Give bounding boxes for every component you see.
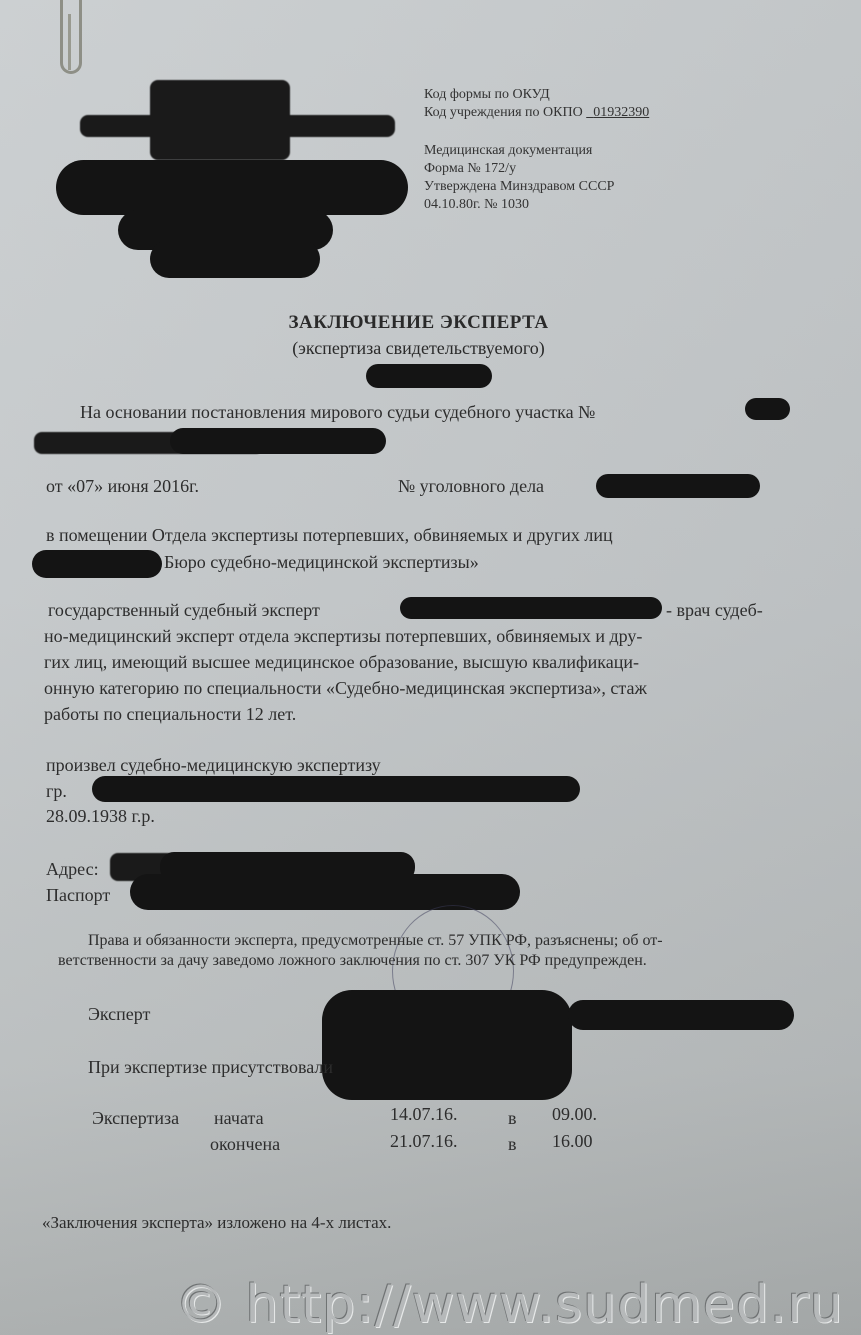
expert-desc-line-5: работы по специальности 12 лет. xyxy=(44,704,296,725)
redaction-expert-signature xyxy=(322,990,572,1100)
redaction-number xyxy=(366,364,492,388)
redaction-expert-name xyxy=(400,597,662,619)
redaction-citizen-name xyxy=(92,776,580,802)
expert-desc-line-2: но-медицинский эксперт отдела экспертизы… xyxy=(44,626,642,647)
rights-line-1: Права и обязанности эксперта, предусмотр… xyxy=(88,932,663,950)
okud-label: Код формы по ОКУД xyxy=(424,86,649,104)
okpo-label: Код учреждения по ОКПО xyxy=(424,105,583,120)
schedule-start-date: 14.07.16. xyxy=(390,1104,458,1125)
schedule-label: Экспертиза xyxy=(92,1108,179,1129)
redaction-institution-3 xyxy=(56,160,408,215)
location-line-2: Бюро судебно-медицинской экспертизы» xyxy=(164,552,479,573)
redaction-case-number xyxy=(596,474,760,498)
birth-date: 28.09.1938 г.р. xyxy=(46,806,155,827)
schedule-start-state: начата xyxy=(214,1108,264,1129)
schedule-start-at: в xyxy=(508,1108,517,1129)
address-label: Адрес: xyxy=(46,859,99,880)
basis-text: На основании постановления мирового судь… xyxy=(80,402,595,423)
case-label: № уголовного дела xyxy=(398,476,544,497)
sheets-note: «Заключения эксперта» изложено на 4-х ли… xyxy=(42,1213,391,1233)
rights-line-2: ветственности за дачу заведомо ложного з… xyxy=(58,952,647,970)
expert-desc-line-3: гих лиц, имеющий высшее медицинское обра… xyxy=(44,652,639,673)
redaction-institution-5 xyxy=(150,240,320,278)
document-page: Код формы по ОКУД Код учреждения по ОКПО… xyxy=(0,0,861,1335)
redaction-location xyxy=(32,550,162,578)
schedule-end-time: 16.00 xyxy=(552,1131,593,1152)
passport-label: Паспорт xyxy=(46,885,110,906)
okpo-value: 01932390 xyxy=(586,105,649,120)
location-line-1: в помещении Отдела экспертизы потерпевши… xyxy=(46,525,613,546)
redaction-court-number xyxy=(745,398,790,420)
watermark-text: © http://www.sudmed.ru xyxy=(175,1275,844,1335)
expert-desc-line-4: онную категорию по специальности «Судебн… xyxy=(44,678,647,699)
citizen-label: гр. xyxy=(46,781,67,802)
expert-desc-suffix: - врач судеб- xyxy=(666,600,763,621)
expert-desc-prefix: государственный судебный эксперт xyxy=(48,600,320,621)
redaction-court-name-2 xyxy=(170,428,386,454)
form-number: Форма № 172/у xyxy=(424,160,649,178)
schedule-end-at: в xyxy=(508,1134,517,1155)
approved-by: Утверждена Минздравом СССР xyxy=(424,178,649,196)
schedule-end-state: окончена xyxy=(210,1134,280,1155)
okpo-line: Код учреждения по ОКПО 01932390 xyxy=(424,104,649,122)
document-title: ЗАКЛЮЧЕНИЕ ЭКСПЕРТА xyxy=(0,312,849,334)
basis-date: от «07» июня 2016г. xyxy=(46,476,199,497)
document-subtitle: (экспертиза свидетельствуемого) xyxy=(0,338,849,359)
schedule-start-time: 09.00. xyxy=(552,1104,597,1125)
paperclip-icon xyxy=(60,0,82,74)
paperclip-inner xyxy=(68,14,71,70)
form-header: Код формы по ОКУД Код учреждения по ОКПО… xyxy=(424,86,649,214)
doc-type: Медицинская документация xyxy=(424,142,649,160)
redaction-institution-2 xyxy=(150,80,290,160)
approval-date: 04.10.80г. № 1030 xyxy=(424,196,649,214)
expert-label: Эксперт xyxy=(88,1004,150,1025)
performed-text: произвел судебно-медицинскую экспертизу xyxy=(46,755,381,776)
redaction-expert-signature-2 xyxy=(568,1000,794,1030)
redaction-passport xyxy=(130,874,520,910)
schedule-end-date: 21.07.16. xyxy=(390,1131,458,1152)
present-label: При экспертизе присутствовали xyxy=(88,1057,333,1078)
